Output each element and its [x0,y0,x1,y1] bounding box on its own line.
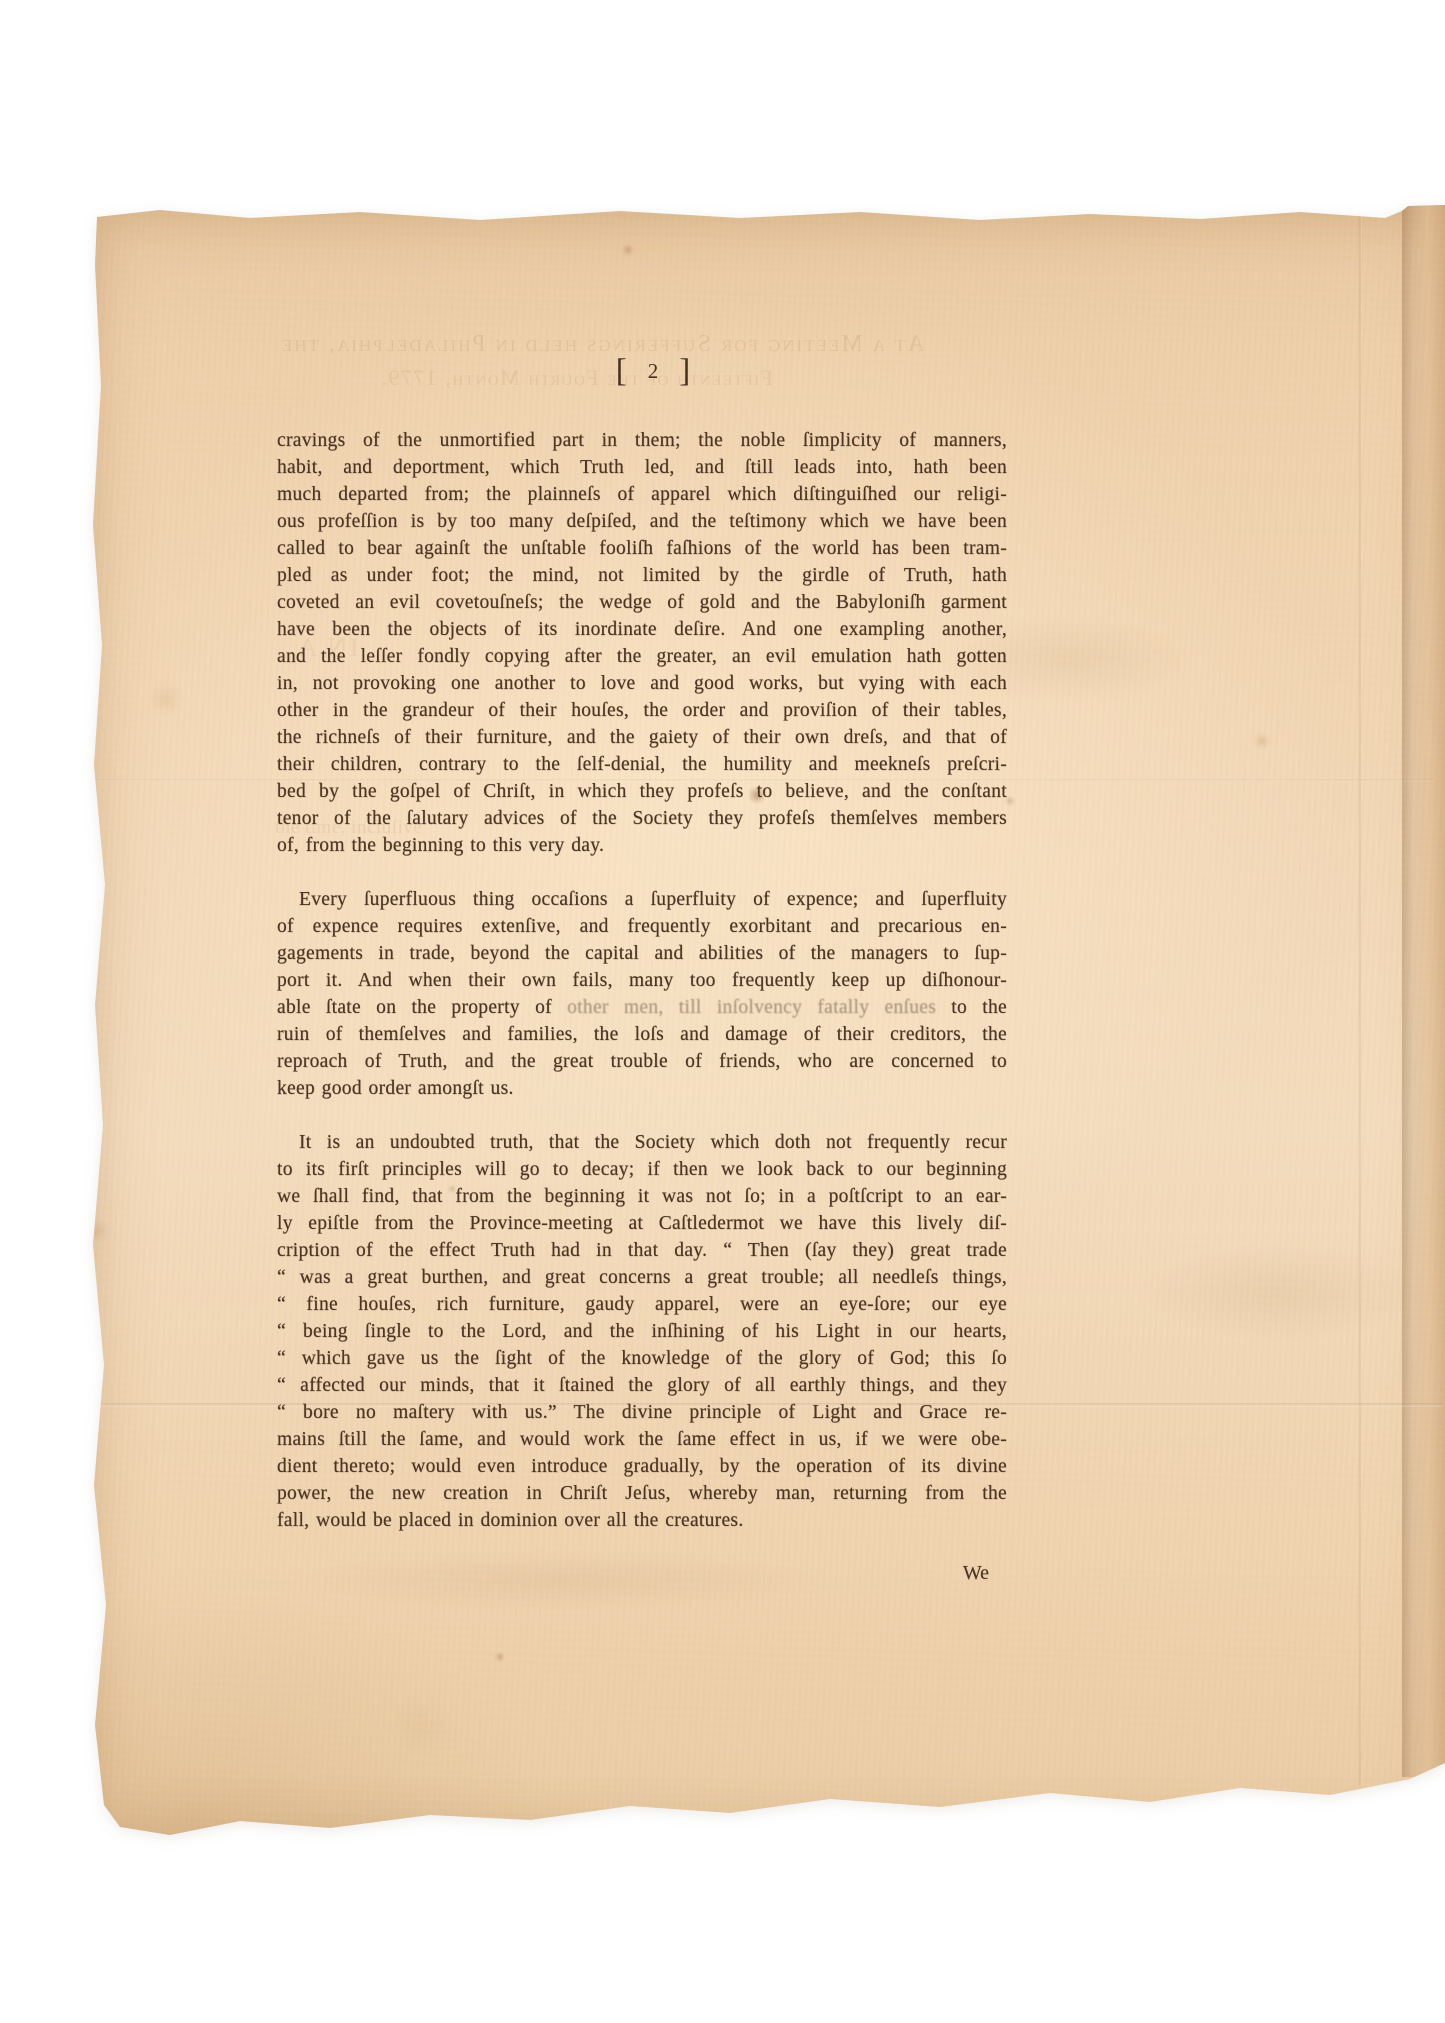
text-line: called to bear againſt the unſtable fool… [277,535,1007,562]
text-line: cription of the effect Truth had in that… [277,1237,1007,1264]
text-line: tenor of the ſalutary advices of the Soc… [277,805,1007,832]
text-line: bed by the goſpel of Chriſt, in which th… [277,778,1007,805]
paragraph: cravings of the unmortified part in them… [277,427,1007,859]
document-page: At a Meeting for Sufferings held in Phil… [90,205,1445,1845]
text-line: dient thereto; would even introduce grad… [277,1453,1007,1480]
foxing-spot [151,684,181,714]
text-line: able ſtate on the property of other men,… [277,994,1007,1021]
text-line: other in the grandeur of their houſes, t… [277,697,1007,724]
text-line: habit, and deportment, which Truth led, … [277,454,1007,481]
text-line: coveted an evil covetouſneſs; the wedge … [277,589,1007,616]
text-line: and the leſſer fondly copying after the … [277,643,1007,670]
text-line: “ which gave us the ſight of the knowled… [277,1345,1007,1372]
page-number: [2] [568,353,738,389]
catchword: We [277,1562,1007,1585]
text-line: “ bore no maſtery with us.” The divine p… [277,1399,1007,1426]
vertical-crease [1358,205,1362,1785]
foxing-spot [86,1220,108,1242]
text-line: pled as under foot; the mind, not limite… [277,562,1007,589]
text-line: the richneſs of their furniture, and the… [277,724,1007,751]
page-number-bracket-left: [ [616,353,627,389]
page-number-bracket-right: ] [679,353,690,389]
foxing-spot [394,1699,446,1751]
text-line: fall, would be placed in dominion over a… [277,1507,1007,1534]
paragraph: It is an undoubted truth, that the Socie… [277,1129,1007,1534]
foxing-spot [495,1652,505,1662]
text-line: of, from the beginning to this very day. [277,832,1007,859]
text-line: ous profeſſion is by too many deſpiſed, … [277,508,1007,535]
text-line: much departed from; the plainneſs of app… [277,481,1007,508]
page-fold-edge [1402,205,1445,1777]
text-line: port it. And when their own fails, many … [277,967,1007,994]
text-line: gagements in trade, beyond the capital a… [277,940,1007,967]
text-segment: able ſtate on the property of [277,997,567,1018]
text-line: we ſhall find, that from the beginning i… [277,1183,1007,1210]
text-line: of expence requires extenſive, and frequ… [277,913,1007,940]
faded-ink-text: other men, till inſolvency fatally enſue… [567,997,936,1018]
text-line: “ fine houſes, rich furniture, gaudy app… [277,1291,1007,1318]
text-line: their children, contrary to the ſelf-den… [277,751,1007,778]
text-line: to its firſt principles will go to decay… [277,1156,1007,1183]
text-line: power, the new creation in Chriſt Jeſus,… [277,1480,1007,1507]
foxing-spot [622,244,634,256]
foxing-spot [1255,734,1269,748]
text-line: have been the objects of its inordinate … [277,616,1007,643]
text-line: Every ſuperfluous thing occaſions a ſupe… [277,886,1007,913]
scan-background: At a Meeting for Sufferings held in Phil… [0,0,1445,2023]
text-line: in, not provoking one another to love an… [277,670,1007,697]
text-line: reproach of Truth, and the great trouble… [277,1048,1007,1075]
text-line: keep good order amongſt us. [277,1075,1007,1102]
text-line: cravings of the unmortified part in them… [277,427,1007,454]
text-line: “ being ſingle to the Lord, and the inſh… [277,1318,1007,1345]
text-segment: to the [936,997,1007,1018]
text-line: “ was a great burthen, and great concern… [277,1264,1007,1291]
text-line: It is an undoubted truth, that the Socie… [277,1129,1007,1156]
text-column: cravings of the unmortified part in them… [277,427,1007,1534]
text-line: “ affected our minds, that it ſtained th… [277,1372,1007,1399]
text-line: ly epiſtle from the Province-meeting at … [277,1210,1007,1237]
bleedthrough-smudge [1145,1245,1415,1340]
text-line: ruin of themſelves and families, the loſ… [277,1021,1007,1048]
paragraph: Every ſuperfluous thing occaſions a ſupe… [277,886,1007,1102]
page-number-value: 2 [627,359,680,383]
text-line: mains ſtill the ſame, and would work the… [277,1426,1007,1453]
paper-wrapper: At a Meeting for Sufferings held in Phil… [0,0,1445,2023]
